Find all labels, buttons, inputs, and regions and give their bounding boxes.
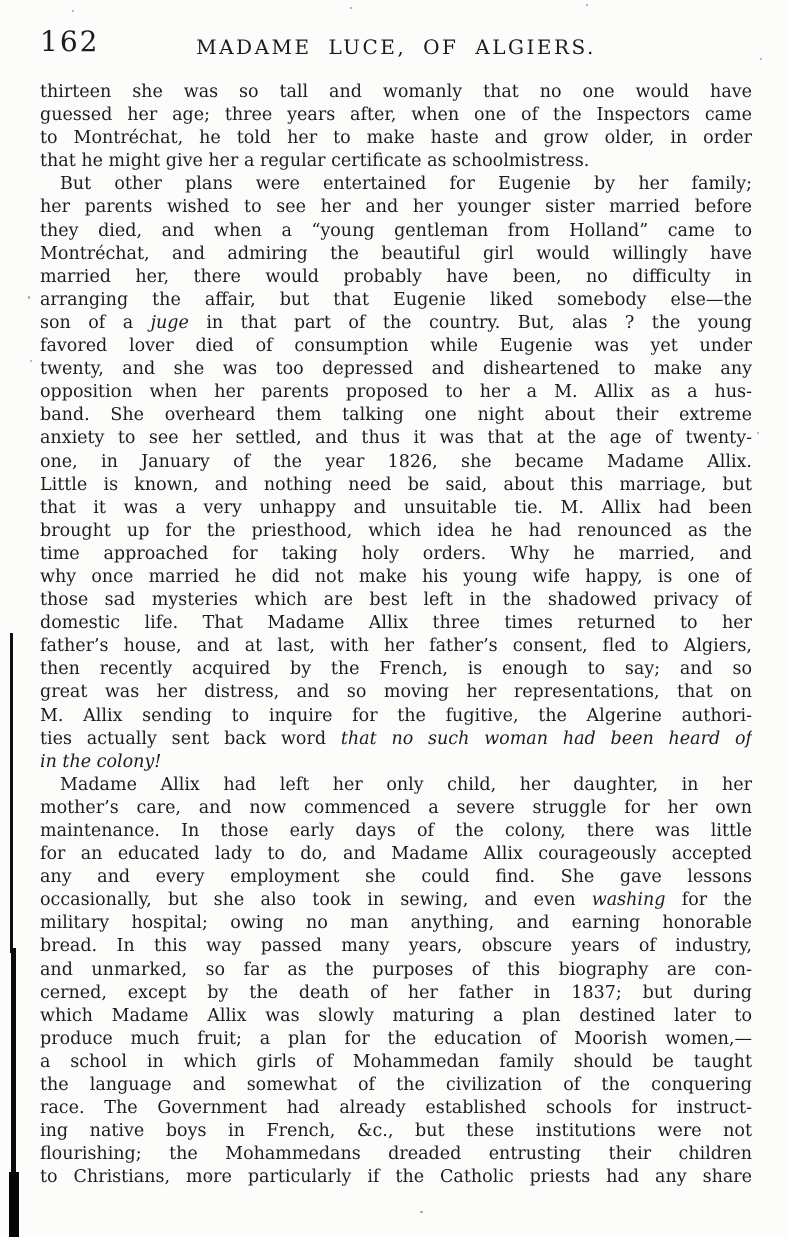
scanned-page: 162 MADAME LUCE, OF ALGIERS. thirteen sh… — [0, 0, 788, 1237]
text-line: which Madame Allix was slowly maturing a… — [40, 1005, 752, 1028]
text-line: occasionally, but she also took in sewin… — [40, 889, 752, 912]
text-line: brought up for the priesthood, which ide… — [40, 520, 752, 543]
text-line: cerned, except by the death of her fathe… — [40, 982, 752, 1005]
text-line: produce much fruit; a plan for the educa… — [40, 1028, 752, 1051]
text-line: band. She overheard them talking one nig… — [40, 404, 752, 427]
scan-speck — [30, 360, 32, 362]
text-line: M. Allix sending to inquire for the fugi… — [40, 705, 752, 728]
text-line: son of a juge in that part of the countr… — [40, 312, 752, 335]
text-line: to Christians, more particularly if the … — [40, 1166, 752, 1189]
text-line: But other plans were entertained for Eug… — [40, 173, 752, 196]
page-body: thirteen she was so tall and womanly tha… — [40, 81, 752, 1190]
text-line: guessed her age; three years after, when… — [40, 104, 752, 127]
text-line: married her, there would probably have b… — [40, 266, 752, 289]
scan-speck — [208, 1176, 210, 1179]
text-line: and unmarked, so far as the purposes of … — [40, 959, 752, 982]
text-line: Little is known, and nothing need be sai… — [40, 474, 752, 497]
scan-speck — [760, 58, 762, 60]
text-line: that he might give her a regular certifi… — [40, 150, 752, 173]
text-line: bread. In this way passed many years, ob… — [40, 935, 752, 958]
text-line: Montréchat, and admiring the beautiful g… — [40, 243, 752, 266]
running-title: MADAME LUCE, OF ALGIERS. — [40, 28, 752, 59]
text-line: her parents wished to see her and her yo… — [40, 196, 752, 219]
scan-speck — [366, 1104, 368, 1106]
text-line: anxiety to see her settled, and thus it … — [40, 427, 752, 450]
text-line: that it was a very unhappy and unsuitabl… — [40, 497, 752, 520]
text-line: ing native boys in French, &c., but thes… — [40, 1120, 752, 1143]
text-line: in the colony! — [40, 751, 752, 774]
text-line: to Montréchat, he told her to make haste… — [40, 127, 752, 150]
text-line: time approached for taking holy orders. … — [40, 543, 752, 566]
scan-edge-artifact — [9, 1172, 19, 1237]
scan-speck — [420, 1211, 423, 1213]
page-header: 162 MADAME LUCE, OF ALGIERS. — [40, 28, 752, 62]
scan-speck — [350, 7, 352, 9]
text-line: domestic life. That Madame Allix three t… — [40, 612, 752, 635]
text-line: military hospital; owing no man anything… — [40, 912, 752, 935]
text-line: for an educated lady to do, and Madame A… — [40, 843, 752, 866]
text-line: they died, and when a “young gentleman f… — [40, 220, 752, 243]
text-line: favored lover died of consumption while … — [40, 335, 752, 358]
text-line: father’s house, and at last, with her fa… — [40, 635, 752, 658]
text-line: flourishing; the Mohammedans dreaded ent… — [40, 1143, 752, 1166]
text-line: the language and somewhat of the civiliz… — [40, 1074, 752, 1097]
scan-edge-artifact — [11, 948, 16, 1180]
text-line: any and every employment she could find.… — [40, 866, 752, 889]
text-line: great was her distress, and so moving he… — [40, 681, 752, 704]
page-number: 162 — [40, 25, 99, 58]
scan-speck — [757, 432, 759, 434]
text-line: why once married he did not make his you… — [40, 566, 752, 589]
text-line: Madame Allix had left her only child, he… — [40, 774, 752, 797]
text-line: mother’s care, and now commenced a sever… — [40, 797, 752, 820]
text-line: one, in January of the year 1826, she be… — [40, 451, 752, 474]
text-line: ties actually sent back word that no suc… — [40, 728, 752, 751]
scan-edge-artifact — [10, 633, 13, 953]
text-line: a school in which girls of Mohammedan fa… — [40, 1051, 752, 1074]
text-line: then recently acquired by the French, is… — [40, 658, 752, 681]
scan-speck — [28, 296, 30, 299]
text-line: race. The Government had already establi… — [40, 1097, 752, 1120]
text-line: maintenance. In those early days of the … — [40, 820, 752, 843]
text-line: those sad mysteries which are best left … — [40, 589, 752, 612]
scan-speck — [72, 10, 74, 12]
text-line: thirteen she was so tall and womanly tha… — [40, 81, 752, 104]
text-line: opposition when her parents proposed to … — [40, 381, 752, 404]
scan-speck — [586, 4, 588, 6]
text-line: twenty, and she was too depressed and di… — [40, 358, 752, 381]
text-line: arranging the affair, but that Eugenie l… — [40, 289, 752, 312]
